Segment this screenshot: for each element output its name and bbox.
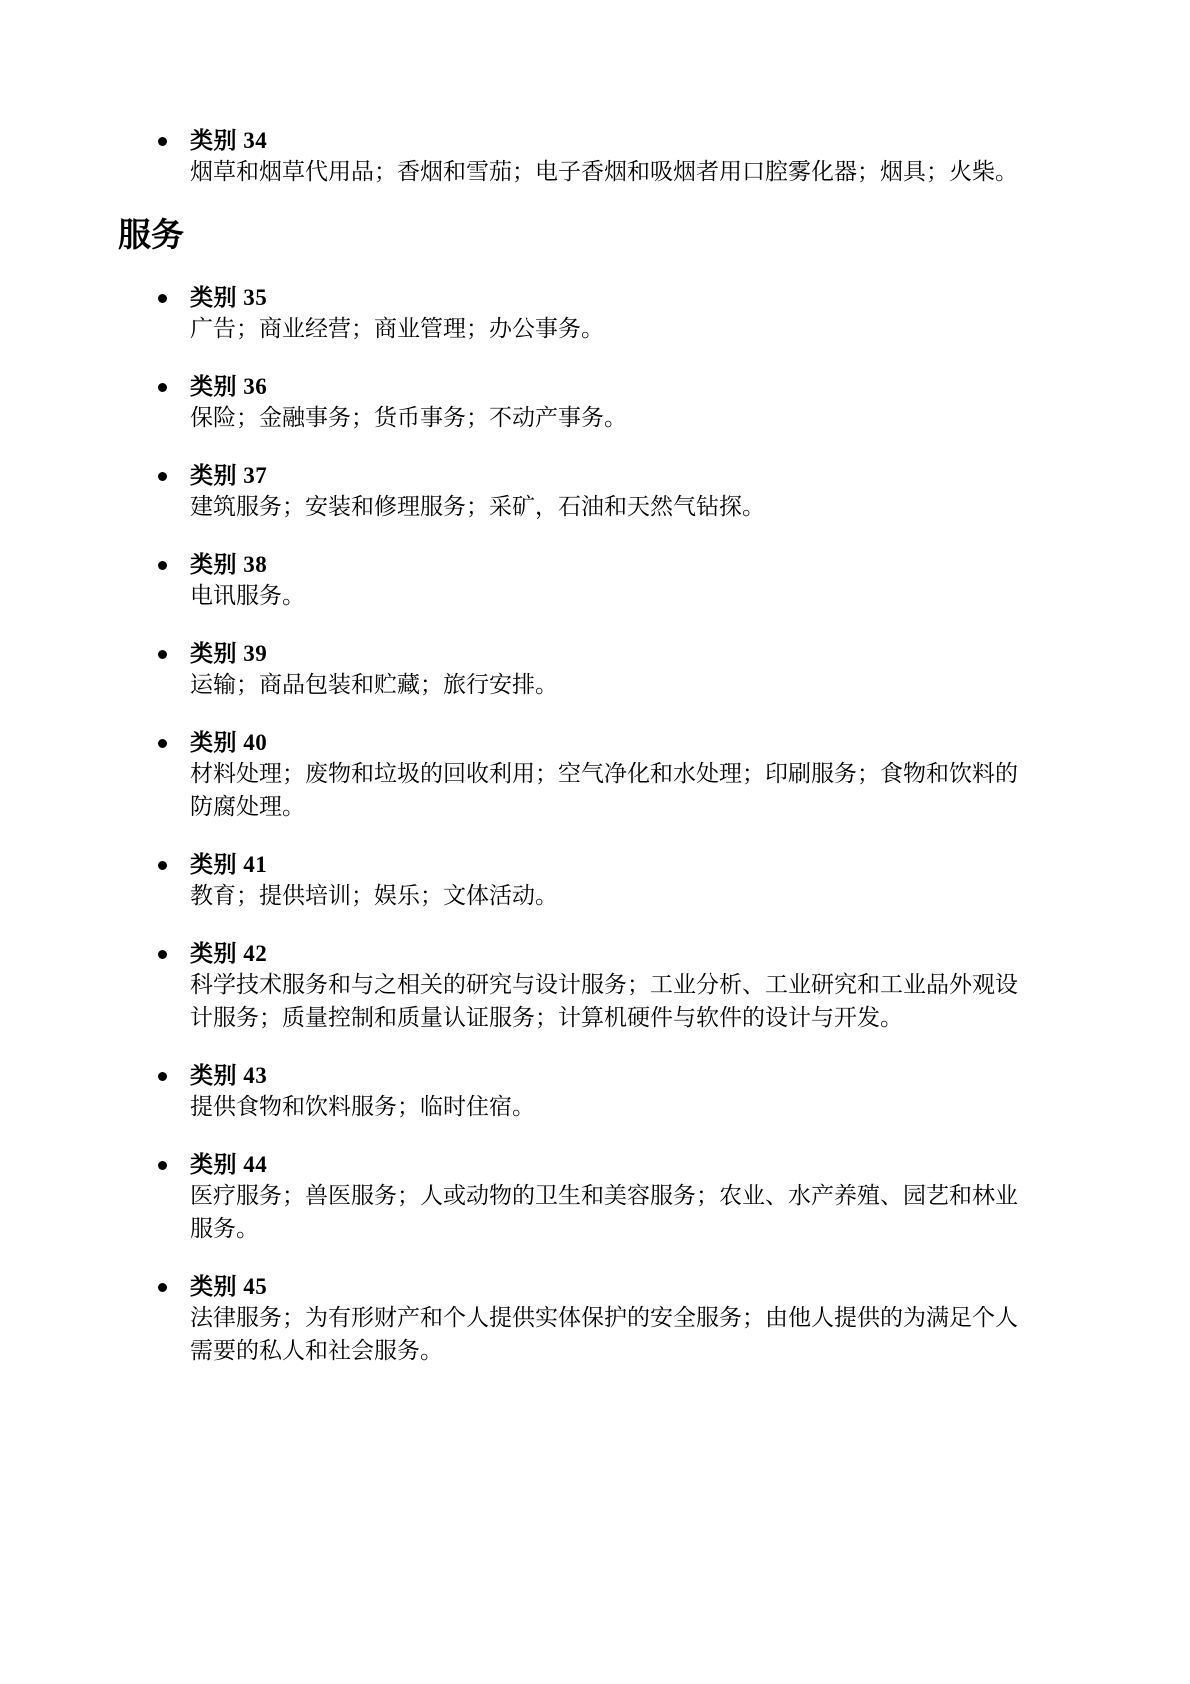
class-item-title: 类别 39 xyxy=(190,640,1040,668)
class-item-description: 科学技术服务和与之相关的研究与设计服务；工业分析、工业研究和工业品外观设计服务；… xyxy=(190,968,1040,1034)
bullet-icon xyxy=(158,861,167,870)
class-list-item: 类别 41 教育；提供培训；娱乐；文体活动。 xyxy=(190,851,1040,912)
bullet-icon xyxy=(158,1072,167,1081)
bullet-icon xyxy=(158,950,167,959)
class-item-description: 教育；提供培训；娱乐；文体活动。 xyxy=(190,879,1040,912)
bullet-icon xyxy=(158,561,167,570)
bullet-icon xyxy=(158,137,167,146)
class-item-description: 运输；商品包装和贮藏；旅行安排。 xyxy=(190,668,1040,701)
class-list-item: 类别 44 医疗服务；兽医服务；人或动物的卫生和美容服务；农业、水产养殖、园艺和… xyxy=(190,1151,1040,1245)
bullet-icon xyxy=(158,1283,167,1292)
class-list-item: 类别 35 广告；商业经营；商业管理；办公事务。 xyxy=(190,284,1040,345)
class-list-item: 类别 38 电讯服务。 xyxy=(190,551,1040,612)
class-list-item: 类别 40 材料处理；废物和垃圾的回收利用；空气净化和水处理；印刷服务；食物和饮… xyxy=(190,729,1040,823)
bullet-icon xyxy=(158,383,167,392)
class-item-description: 建筑服务；安装和修理服务；采矿，石油和天然气钻探。 xyxy=(190,490,1040,523)
class-item-title: 类别 35 xyxy=(190,284,1040,312)
class-item-description: 医疗服务；兽医服务；人或动物的卫生和美容服务；农业、水产养殖、园艺和林业服务。 xyxy=(190,1179,1040,1245)
goods-class-list: 类别 34 烟草和烟草代用品；香烟和雪茄；电子香烟和吸烟者用口腔雾化器；烟具；火… xyxy=(118,127,1040,188)
class-item-title: 类别 42 xyxy=(190,940,1040,968)
class-list-item: 类别 42 科学技术服务和与之相关的研究与设计服务；工业分析、工业研究和工业品外… xyxy=(190,940,1040,1034)
class-list-item: 类别 36 保险；金融事务；货币事务；不动产事务。 xyxy=(190,373,1040,434)
class-item-title: 类别 44 xyxy=(190,1151,1040,1179)
document-page: 类别 34 烟草和烟草代用品；香烟和雪茄；电子香烟和吸烟者用口腔雾化器；烟具；火… xyxy=(0,0,1190,1684)
class-item-title: 类别 41 xyxy=(190,851,1040,879)
class-item-title: 类别 36 xyxy=(190,373,1040,401)
class-item-description: 烟草和烟草代用品；香烟和雪茄；电子香烟和吸烟者用口腔雾化器；烟具；火柴。 xyxy=(190,155,1040,188)
services-section-heading: 服务 xyxy=(118,216,1190,256)
bullet-icon xyxy=(158,472,167,481)
class-item-title: 类别 38 xyxy=(190,551,1040,579)
class-item-title: 类别 34 xyxy=(190,127,1040,155)
class-item-title: 类别 43 xyxy=(190,1062,1040,1090)
class-list-item: 类别 45 法律服务；为有形财产和个人提供实体保护的安全服务；由他人提供的为满足… xyxy=(190,1273,1040,1367)
class-item-description: 广告；商业经营；商业管理；办公事务。 xyxy=(190,312,1040,345)
class-item-description: 材料处理；废物和垃圾的回收利用；空气净化和水处理；印刷服务；食物和饮料的防腐处理… xyxy=(190,757,1040,823)
class-list-item: 类别 43 提供食物和饮料服务；临时住宿。 xyxy=(190,1062,1040,1123)
class-item-description: 法律服务；为有形财产和个人提供实体保护的安全服务；由他人提供的为满足个人需要的私… xyxy=(190,1301,1040,1367)
class-list-item: 类别 34 烟草和烟草代用品；香烟和雪茄；电子香烟和吸烟者用口腔雾化器；烟具；火… xyxy=(190,127,1040,188)
bullet-icon xyxy=(158,650,167,659)
class-item-description: 电讯服务。 xyxy=(190,579,1040,612)
class-item-description: 保险；金融事务；货币事务；不动产事务。 xyxy=(190,401,1040,434)
bullet-icon xyxy=(158,294,167,303)
bullet-icon xyxy=(158,1161,167,1170)
class-item-title: 类别 45 xyxy=(190,1273,1040,1301)
bullet-icon xyxy=(158,739,167,748)
class-item-title: 类别 37 xyxy=(190,462,1040,490)
class-list-item: 类别 37 建筑服务；安装和修理服务；采矿，石油和天然气钻探。 xyxy=(190,462,1040,523)
class-item-description: 提供食物和饮料服务；临时住宿。 xyxy=(190,1090,1040,1123)
class-list-item: 类别 39 运输；商品包装和贮藏；旅行安排。 xyxy=(190,640,1040,701)
services-class-list: 类别 35 广告；商业经营；商业管理；办公事务。 类别 36 保险；金融事务；货… xyxy=(118,284,1040,1367)
class-item-title: 类别 40 xyxy=(190,729,1040,757)
